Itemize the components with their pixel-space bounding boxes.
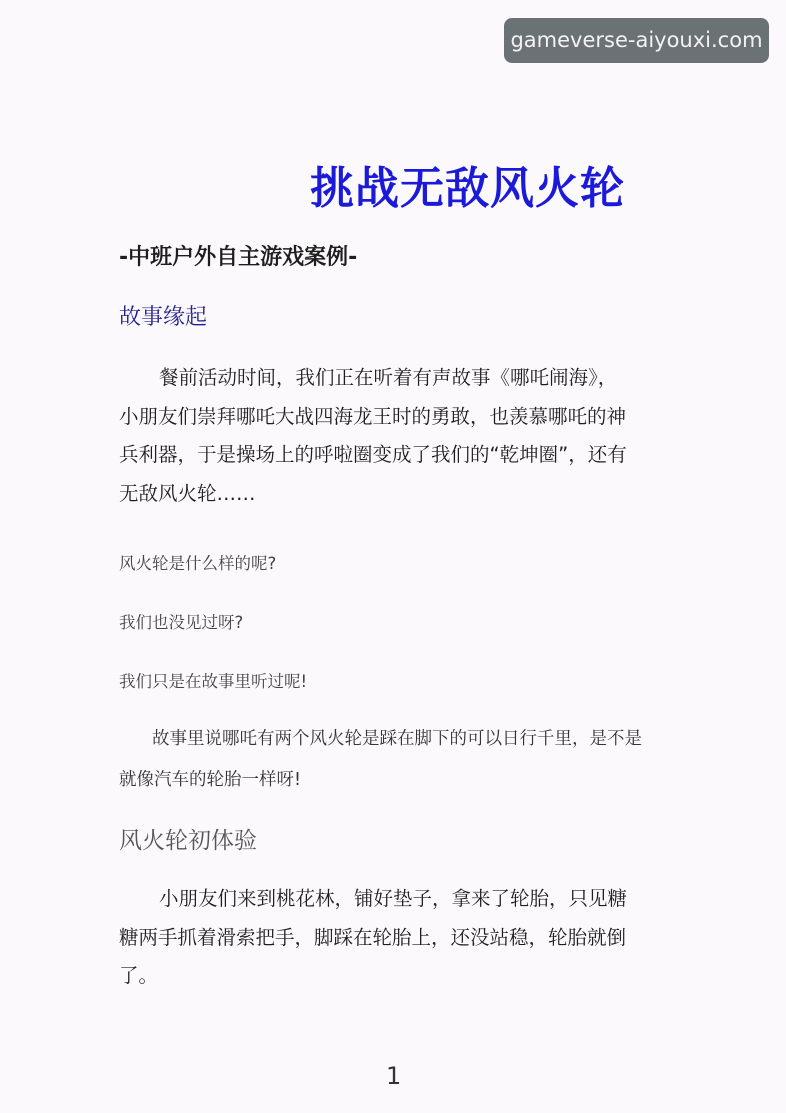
story-paragraph-2: 故事里说哪吒有两个风火轮是踩在脚下的可以日行千里，是不是 就像汽车的轮胎一样呀! <box>119 719 679 801</box>
paragraph-line: 餐前活动时间，我们正在听着有声故事《哪吒闹海》， <box>119 359 669 398</box>
paragraph-line: 兵利器，于是操场上的呼啦圈变成了我们的“乾坤圈”，还有 <box>119 436 669 475</box>
paragraph-line: 小朋友们来到桃花林，铺好垫子，拿来了轮胎，只见糖 <box>119 880 669 919</box>
paragraph-line: 无敌风火轮…… <box>119 475 669 514</box>
watermark-badge: gameverse-aiyouxi.com <box>504 18 769 63</box>
paragraph-line: 故事里说哪吒有两个风火轮是踩在脚下的可以日行千里，是不是 <box>119 719 679 760</box>
dialog-line: 风火轮是什么样的呢? <box>119 550 276 574</box>
document-title: 挑战无敌风火轮 <box>310 152 625 216</box>
dialog-line: 我们也没见过呀? <box>119 609 243 633</box>
paragraph-line: 就像汽车的轮胎一样呀! <box>119 760 679 801</box>
experience-paragraph: 小朋友们来到桃花林，铺好垫子，拿来了轮胎，只见糖 糖两手抓着滑索把手，脚踩在轮胎… <box>119 880 669 996</box>
page-number: 1 <box>386 1062 401 1090</box>
section-heading-story-origin: 故事缘起 <box>119 300 207 331</box>
paragraph-line: 糖两手抓着滑索把手，脚踩在轮胎上，还没站稳，轮胎就倒 <box>119 919 669 958</box>
story-paragraph: 餐前活动时间，我们正在听着有声故事《哪吒闹海》， 小朋友们崇拜哪吒大战四海龙王时… <box>119 359 669 513</box>
dialog-line: 我们只是在故事里听过呢! <box>119 668 307 692</box>
paragraph-line: 小朋友们崇拜哪吒大战四海龙王时的勇敢，也羡慕哪吒的神 <box>119 398 669 437</box>
document-subtitle: -中班户外自主游戏案例- <box>119 240 357 271</box>
paragraph-line: 了。 <box>119 957 669 996</box>
section-heading-first-experience: 风火轮初体验 <box>119 822 257 855</box>
